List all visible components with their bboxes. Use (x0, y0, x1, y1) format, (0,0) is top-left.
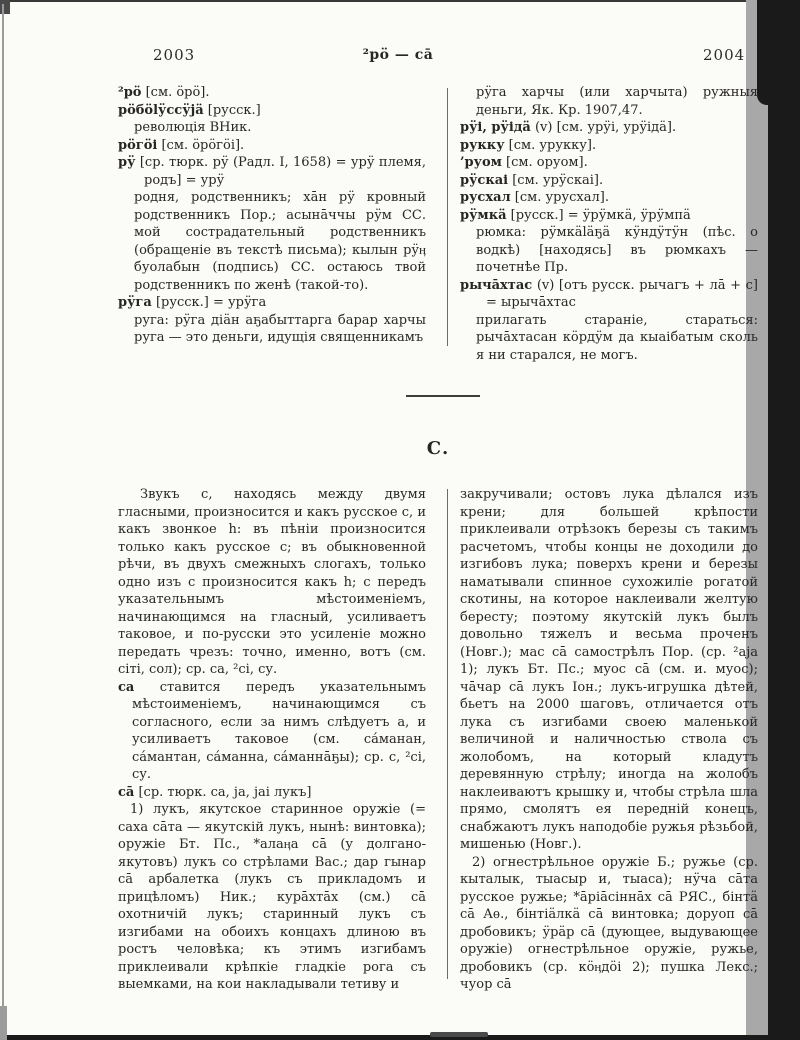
headword: рӧгӧі (118, 138, 157, 153)
page-number-right: 2004 (703, 46, 745, 64)
entry-sense-paragraph: 2) огнестрѣльное оружіе Б.; ружье (ср. к… (460, 854, 758, 994)
entry-definition: рӱга харчы (или харчыта) ружныя деньги, … (476, 84, 758, 119)
entry-text: [русск.] = урӱга (152, 295, 266, 310)
entry-text: [русск.] = ӱрӱмкӓ, ӱрӱмпӓ (507, 208, 691, 223)
headword: рӱ (118, 155, 135, 170)
entry-headword-line: рӱі, рӱідӓ (v) [см. урӱі, урӱідӓ]. (460, 119, 758, 137)
continuation-paragraph: закручивали; остовъ лука дѣлался изъ кре… (460, 486, 758, 854)
headword: рӱга (118, 295, 152, 310)
entry-text: [см. ӧрӧ]. (141, 85, 209, 100)
scan-edge-left-line (2, 4, 4, 1030)
entry-definition: родня, родственникъ; хāн рӱ кровный родс… (134, 189, 426, 294)
headword: рӱмкӓ (460, 208, 507, 223)
entry-headword-line: рукку [см. урукку]. (460, 137, 758, 155)
running-title: ²рӧ — сā (118, 47, 678, 63)
entry-headword-line: рӱмкӓ [русск.] = ӱрӱмкӓ, ӱрӱмпӓ (460, 207, 758, 225)
column-divider-top (447, 88, 448, 346)
entry-text: [см. урусхал]. (511, 190, 609, 205)
entry-definition: прилагать стараніе, стараться: рычāхтаса… (476, 312, 758, 365)
headword: са (118, 680, 134, 695)
section-heading: С. (118, 438, 758, 459)
entry-text: [ср. тюрк. са, ja, jai лукъ] (134, 785, 311, 800)
entry-headword-line: русхал [см. урусхал]. (460, 189, 758, 207)
headword: рӧбӧlӱссӱjӓ (118, 103, 204, 118)
entry-text: ставится передъ указательнымъ мѣстоимені… (132, 680, 426, 783)
entry-definition: рюмка: рӱмкӓlӓҕӓ кӱндӱтӱн (пѣс. о водкѣ)… (476, 224, 758, 277)
entry-text: [см. оруом]. (502, 155, 588, 170)
entry-definition: руга: рӱга діӓн аҕабыттарга барар харчы … (134, 312, 426, 347)
section-divider-rule (406, 395, 480, 397)
entry-text: [ср. тюрк. рӱ (Радл. I, 1658) = урӱ плем… (135, 155, 426, 188)
entry-headword-line: ²рӧ [см. ӧрӧ]. (118, 84, 426, 102)
headword: сā (118, 785, 134, 800)
entry-headword-line: рӱскаі [см. урӱскаі]. (460, 172, 758, 190)
entry-text: [см. урӱскаі]. (508, 173, 603, 188)
scan-edge-bottom-bar (0, 1035, 800, 1040)
scanned-dictionary-page: 2003 ²рӧ — сā 2004 ²рӧ [см. ӧрӧ]. рӧбӧlӱ… (0, 0, 800, 1040)
entry-text: (v) [см. урӱі, урӱідӓ]. (531, 120, 676, 135)
headword: ’руом (460, 155, 502, 170)
headword: рӱі, рӱідӓ (460, 120, 531, 135)
column-divider-lower (447, 489, 448, 979)
entry-headword-line: ’руом [см. оруом]. (460, 154, 758, 172)
headword: ²рӧ (118, 85, 141, 100)
entry-sense-paragraph: 1) лукъ, якутское старинное оружіе (= са… (118, 801, 426, 994)
entry-text: [русск.] (204, 103, 261, 118)
top-right-column: рӱга харчы (или харчыта) ружныя деньги, … (460, 84, 758, 364)
headword: рукку (460, 138, 505, 153)
entry-headword-line: рӧбӧlӱссӱjӓ [русск.] (118, 102, 426, 120)
lower-right-column: закручивали; остовъ лука дѣлался изъ кре… (460, 486, 758, 994)
entry-headword-line: рӧгӧі [см. ӧрӧгӧі]. (118, 137, 426, 155)
headword: рӱскаі (460, 173, 508, 188)
entry-paragraph: сā [ср. тюрк. са, ja, jai лукъ] (118, 784, 426, 802)
scan-edge-right-dark-top (757, 0, 773, 105)
entry-headword-line: рӱ [ср. тюрк. рӱ (Радл. I, 1658) = урӱ п… (118, 154, 426, 189)
headword: рычāхтас (460, 278, 532, 293)
entry-headword-line: рӱга [русск.] = урӱга (118, 294, 426, 312)
entry-text: [см. урукку]. (505, 138, 597, 153)
section-intro-paragraph: Звукъ с, находясь между двумя гласными, … (118, 486, 426, 679)
entry-headword-line: рычāхтас (v) [отъ русск. рычагъ + лā + с… (460, 277, 758, 312)
lower-left-column: Звукъ с, находясь между двумя гласными, … (118, 486, 426, 994)
scan-smudge-bottom (430, 1032, 488, 1037)
entry-definition: революція ВНик. (134, 119, 426, 137)
scan-edge-right-dark (768, 0, 800, 1040)
scan-edge-top-line (8, 0, 748, 2)
entry-paragraph: са ставится передъ указательнымъ мѣстоим… (118, 679, 426, 784)
top-left-column: ²рӧ [см. ӧрӧ]. рӧбӧlӱссӱjӓ [русск.] рево… (118, 84, 426, 347)
entry-text: [см. ӧрӧгӧі]. (157, 138, 244, 153)
headword: русхал (460, 190, 511, 205)
scan-corner-bottom-left (0, 1006, 7, 1040)
